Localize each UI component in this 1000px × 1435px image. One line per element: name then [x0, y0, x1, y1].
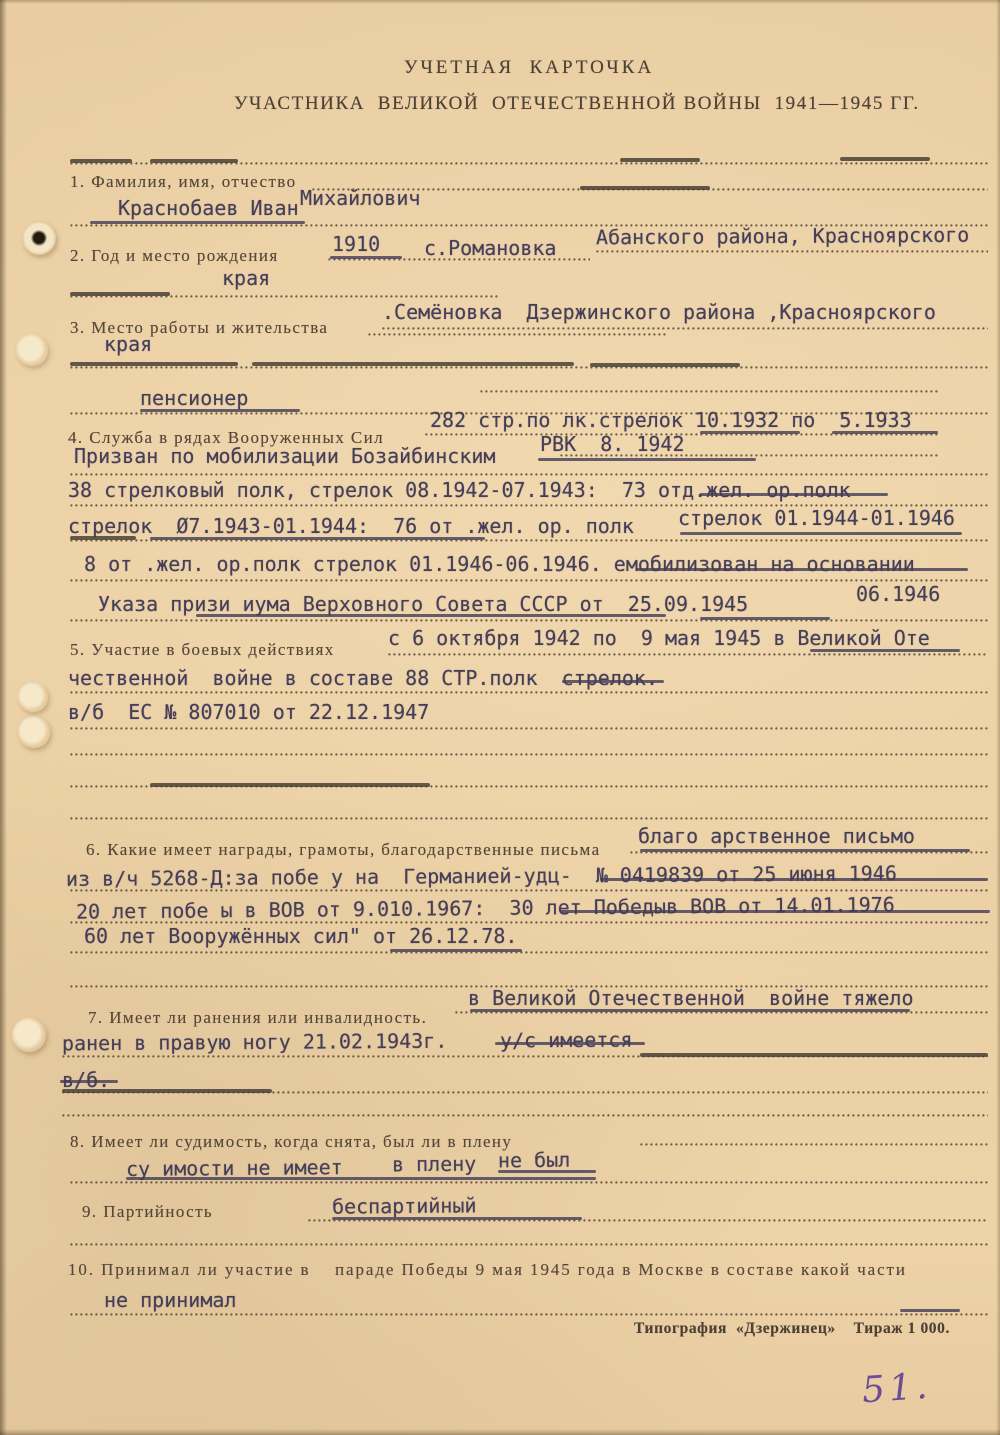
field-8-value-captivity: в плену [392, 1152, 477, 1177]
rule-segment [332, 1217, 582, 1220]
rule-segment [810, 649, 960, 652]
punch-hole [18, 682, 48, 712]
field-10-value: не принимал [104, 1288, 236, 1312]
field-2-place: с.Романовка [424, 236, 556, 260]
dotted-rule-line [596, 250, 988, 253]
paper-edge [996, 0, 1000, 1435]
dotted-rule-line [70, 579, 988, 582]
dotted-rule-line [70, 504, 988, 507]
dotted-rule-line [388, 653, 988, 656]
field-6-line1: благо арственное письмо [638, 824, 915, 848]
field-2-label: 2. Год и место рождения [70, 246, 279, 266]
dotted-rule-line [560, 454, 940, 457]
field-1-value-surname: Краснобаев Иван [118, 196, 299, 220]
paper-edge [0, 1429, 1000, 1435]
rule-segment [150, 159, 238, 163]
card-subtitle: УЧАСТНИКА ВЕЛИКОЙ ОТЕЧЕСТВЕННОЙ ВОЙНЫ 19… [234, 93, 920, 115]
field-7-line2-crossed: у/с имеется [500, 1028, 633, 1053]
rule-segment [62, 1089, 272, 1093]
rule-segment [70, 536, 136, 540]
rule-segment [70, 292, 170, 296]
dotted-rule-line [70, 1243, 988, 1246]
rule-segment [640, 1053, 988, 1057]
field-6-line2: из в/ч 5268-Д:за побе у на Германией-удц… [66, 861, 897, 891]
print-shop-imprint: Типография «Дзержинец» Тираж 1 000. [634, 1320, 950, 1338]
card-title: УЧЕТНАЯ КАРТОЧКА [404, 57, 654, 79]
field-3-value-village: .Семёновка Дзержинского района ,Краснояр… [382, 300, 936, 324]
rule-segment [470, 1009, 910, 1012]
rule-segment [140, 409, 300, 412]
dotted-rule-line [70, 889, 988, 892]
field-2-place-krai: края [222, 266, 270, 290]
dotted-rule-line [70, 619, 988, 622]
rule-segment [150, 537, 485, 540]
field-3-value-krai: края [104, 332, 152, 356]
field-7-label: 7. Имеет ли ранения или инвалидность. [88, 1008, 427, 1028]
punch-hole [12, 1018, 46, 1052]
dotted-rule-line [70, 985, 988, 988]
field-3-value-pensioner: пенсионер [140, 386, 248, 410]
rule-segment [560, 910, 990, 913]
rule-segment [150, 783, 430, 787]
rule-segment [538, 458, 756, 461]
dotted-rule-line [382, 327, 988, 330]
field-4-line6-date: 06.1946 [856, 582, 940, 606]
rule-segment [70, 159, 132, 163]
dotted-rule-line [368, 333, 668, 336]
dotted-rule-line [70, 691, 988, 694]
dotted-rule-line [70, 753, 988, 756]
rule-segment [840, 157, 930, 161]
rule-segment [700, 431, 800, 434]
dotted-rule-line [70, 1313, 988, 1316]
rule-segment [60, 1080, 118, 1083]
rule-segment [330, 256, 402, 259]
dotted-rule-line [640, 1143, 988, 1146]
field-8-label: 8. Имеет ли судимость, когда снята, был … [70, 1132, 512, 1152]
field-7-line2: ранен в правую ногу 21.02.1943г. [62, 1029, 447, 1056]
field-6-label: 6. Какие имеет награды, грамоты, благода… [86, 840, 601, 860]
rule-segment [498, 1170, 596, 1173]
dotted-rule-line [62, 1114, 988, 1117]
paper-edge [0, 0, 1000, 4]
field-4-line6: Указа призи иума Верховного Совета СССР … [98, 592, 748, 616]
field-8-value-crossed: не был [498, 1148, 570, 1173]
rule-segment [600, 878, 988, 881]
field-1-label: 1. Фамилия, имя, отчество [70, 172, 297, 192]
field-5-line3: в/б ЕС № 807010 от 22.12.1947 [68, 700, 429, 724]
field-4-line5: 8 от .жел. ор.полк стрелок 01.1946-06.19… [84, 552, 915, 576]
dotted-rule-line [70, 1181, 988, 1184]
field-10-label: 10. Принимал ли участие в параде Победы … [68, 1260, 907, 1280]
dotted-rule-line [70, 817, 988, 820]
rule-segment [196, 614, 666, 617]
dotted-rule-line [70, 921, 988, 924]
field-4-line3: 38 стрелковый полк, стрелок 08.1942-07.1… [68, 478, 851, 502]
field-4-line2: Призван по мобилизации Бозайбинским [74, 444, 495, 468]
field-6-line3: 20 лет побе ы в ВОВ от 9.010.1967: 30 ле… [76, 892, 895, 923]
handwritten-page-number: 51. [861, 1366, 933, 1412]
rule-segment [126, 1177, 596, 1180]
rule-segment [832, 431, 938, 434]
punch-hole [18, 716, 50, 748]
dotted-rule-line [70, 951, 988, 954]
punch-hole [22, 221, 56, 255]
field-6-line4: 60 лет Вооружённых сил" от 26.12.78. [84, 924, 517, 948]
rule-segment [900, 1309, 960, 1312]
rule-segment [700, 617, 830, 620]
field-5-line2: чественной войне в составе 88 СТР.полк с… [68, 666, 658, 690]
field-5-label: 5. Участие в боевых действиях [70, 640, 335, 660]
rule-segment [90, 221, 305, 224]
rule-segment [700, 493, 888, 496]
field-5-line1: с 6 октября 1942 по 9 мая 1945 в Великой… [388, 626, 930, 650]
dotted-rule-line [70, 366, 988, 369]
dotted-rule-line [70, 412, 988, 415]
rule-segment [680, 532, 962, 535]
rule-segment [590, 363, 740, 367]
rule-segment [620, 158, 700, 162]
field-9-value: беспартийный [332, 1193, 477, 1218]
rule-segment [636, 568, 968, 571]
dotted-rule-line [70, 473, 988, 476]
dotted-rule-line [480, 390, 940, 393]
rule-segment [70, 362, 238, 366]
rule-segment [562, 680, 664, 683]
dotted-rule-line [70, 727, 988, 730]
rule-segment [580, 186, 710, 190]
field-9-label: 9. Партийность [82, 1202, 213, 1222]
paper-edge [0, 0, 7, 1435]
field-4-line4: стрелок Ø7.1943-01.1944: 76 от .жел. ор.… [68, 514, 634, 538]
punch-hole [16, 334, 48, 366]
dotted-rule-line [70, 224, 988, 227]
rule-segment [495, 1042, 645, 1045]
rule-segment [640, 849, 970, 852]
field-4-line4-cont: стрелок 01.1944-01.1946 [678, 506, 955, 530]
rule-segment [390, 949, 522, 952]
field-7-line1: в Великой Отечественной войне тяжело [468, 986, 914, 1010]
rule-segment [252, 362, 574, 366]
field-2-year: 1910 [332, 232, 380, 256]
registration-card-scan: УЧЕТНАЯ КАРТОЧКА УЧАСТНИКА ВЕЛИКОЙ ОТЕЧЕ… [0, 0, 1000, 1435]
